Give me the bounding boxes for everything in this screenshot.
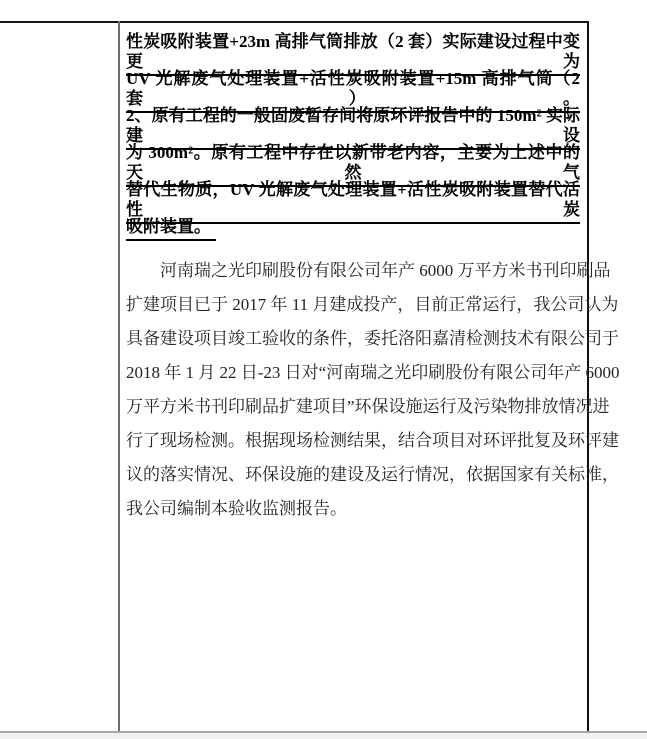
bold-underlined-line: UV 光解废气处理装置+活性炭吸附装置+15m 高排气筒（2 套）。 [126,69,580,106]
paragraph-line: 2018 年 1 月 22 日-23 日对“河南瑞之光印刷股份有限公司年产 60… [126,356,580,390]
bold-underlined-line: 2、原有工程的一般固废暂存间将原环评报告中的 150m² 实际建设 [126,106,580,143]
paragraph-line: 河南瑞之光印刷股份有限公司年产 6000 万平方米书刊印刷品 [126,254,580,288]
row-label-cell [0,23,118,731]
bold-underlined-line: 为 300m²。原有工程中存在以新带老内容，主要为上述中的天然气 [126,143,580,180]
bold-underlined-line: 性炭吸附装置+23m 高排气筒排放（2 套）实际建设过程中变更为 [126,32,580,69]
bold-underlined-line: 吸附装置。 [126,217,580,254]
paragraph-line: 议的落实情况、环保设施的建设及运行情况，依据国家有关标准， [126,458,580,492]
bold-underlined-line: 替代生物质，UV 光解废气处理装置+活性炭吸附装置替代活性炭 [126,180,580,217]
content-cell: 性炭吸附装置+23m 高排气筒排放（2 套）实际建设过程中变更为 UV 光解废气… [126,29,580,526]
amendment-summary-block: 性炭吸附装置+23m 高排气筒排放（2 套）实际建设过程中变更为 UV 光解废气… [126,32,580,254]
paragraph-line: 扩建项目已于 2017 年 11 月建成投产，目前正常运行，我公司认为 [126,288,580,322]
document-page: 性炭吸附装置+23m 高排气筒排放（2 套）实际建设过程中变更为 UV 光解废气… [0,0,647,739]
table-left-column-border [118,21,120,731]
paragraph-line: 具备建设项目竣工验收的条件，委托洛阳嘉清检测技术有限公司于 [126,322,580,356]
page-bottom-edge [0,731,647,739]
paragraph-line: 行了现场检测。根据现场检测结果，结合项目对环评批复及环评建 [126,424,580,458]
paragraph-line: 我公司编制本验收监测报告。 [126,492,580,526]
paragraph-line: 万平方米书刊印刷品扩建项目”环保设施运行及污染物排放情况进 [126,390,580,424]
body-paragraph: 河南瑞之光印刷股份有限公司年产 6000 万平方米书刊印刷品 扩建项目已于 20… [126,254,580,526]
bold-line-text: 吸附装置。 [126,217,216,241]
